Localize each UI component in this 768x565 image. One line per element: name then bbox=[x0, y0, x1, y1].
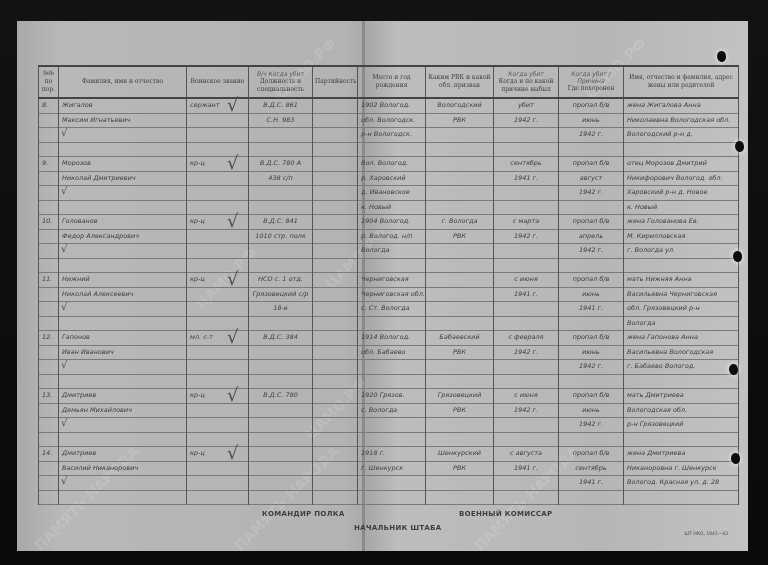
handwritten-text: В.Д.С. 384 bbox=[249, 331, 312, 346]
handwritten-text bbox=[559, 375, 623, 390]
handwritten-text bbox=[187, 418, 248, 433]
handwritten-text bbox=[426, 418, 493, 433]
row-number-text bbox=[39, 375, 58, 390]
handwritten-text: Вол. Вологод. bbox=[358, 157, 425, 172]
handwritten-text bbox=[358, 143, 425, 158]
handwritten-text: 1918 г. bbox=[358, 447, 425, 462]
handwritten-text bbox=[249, 143, 312, 158]
handwritten-text: с августа bbox=[494, 447, 558, 462]
checkmark-icon: √ bbox=[61, 187, 67, 197]
handwritten-text bbox=[59, 418, 186, 433]
handwritten-text: пропал б/в bbox=[559, 215, 623, 230]
handwritten-text bbox=[187, 114, 248, 129]
table-row: 9.МорозовНиколай Дмитриевич√кр-ц√В.Д.С. … bbox=[39, 157, 739, 215]
handwritten-text bbox=[187, 259, 248, 274]
row-number-text bbox=[39, 244, 58, 259]
handwritten-text bbox=[249, 476, 312, 491]
party-cell bbox=[313, 331, 358, 389]
handwritten-text bbox=[187, 128, 248, 143]
handwritten-text bbox=[426, 186, 493, 201]
row-number-text bbox=[39, 128, 58, 143]
handwritten-text: Вологод. Красная ул. д. 28 bbox=[624, 476, 738, 491]
handwritten-text: 1902 Вологод. bbox=[358, 99, 425, 114]
handwritten-text bbox=[358, 418, 425, 433]
handwritten-text bbox=[313, 244, 357, 259]
handwritten-text bbox=[59, 317, 186, 332]
handwritten-text bbox=[358, 433, 425, 448]
rvk-cell: ШенкурскийРВК bbox=[426, 447, 494, 505]
handwritten-text: НСО с. 1 отд. bbox=[249, 273, 312, 288]
checkmark-icon: √ bbox=[61, 129, 67, 139]
row-number-text bbox=[39, 201, 58, 216]
handwritten-text bbox=[187, 201, 248, 216]
handwritten-text bbox=[494, 244, 558, 259]
header-family-address: Имя, отчество и фамилия, адрес жены или … bbox=[624, 66, 739, 98]
handwritten-text: Грязовецкий bbox=[426, 389, 493, 404]
handwritten-text: сержант bbox=[187, 99, 248, 114]
handwritten-text: Дмитриев bbox=[59, 447, 186, 462]
handwritten-text bbox=[559, 201, 623, 216]
family-address-cell: мать Нижняя АннаВасильевна Черниговскаяо… bbox=[624, 273, 739, 331]
handwritten-text: 1941 г. bbox=[559, 302, 623, 317]
dropout-date-cell: с августа1941 г. bbox=[494, 447, 559, 505]
handwritten-text: Федор Александрович bbox=[59, 230, 186, 245]
handwritten-text bbox=[426, 157, 493, 172]
handwritten-text bbox=[559, 317, 623, 332]
handwritten-text bbox=[313, 201, 357, 216]
handwritten-text: пропал б/в bbox=[559, 157, 623, 172]
handwritten-text bbox=[624, 143, 738, 158]
handwritten-text bbox=[313, 433, 357, 448]
handwritten-text: Харовский р-н д. Новое bbox=[624, 186, 738, 201]
handwritten-text: 1010 стр. полк bbox=[249, 230, 312, 245]
handwritten-text bbox=[249, 201, 312, 216]
dropout-date-cell: сентябрь1941 г. bbox=[494, 157, 559, 215]
checkmark-icon: √ bbox=[61, 303, 67, 313]
handwritten-text: 1941 г. bbox=[494, 288, 558, 303]
handwritten-text bbox=[559, 143, 623, 158]
regiment-commander-label: КОМАНДИР ПОЛКА bbox=[262, 510, 345, 518]
handwritten-text bbox=[624, 433, 738, 448]
handwritten-text: В.Д.С. 861 bbox=[249, 99, 312, 114]
chief-of-staff-label: НАЧАЛЬНИК ШТАБА bbox=[354, 524, 441, 532]
handwritten-text: сентябрь bbox=[559, 462, 623, 477]
dropout-date-cell: убит1942 г. bbox=[494, 98, 559, 157]
handwritten-text: РВК bbox=[426, 346, 493, 361]
handwritten-text bbox=[249, 128, 312, 143]
handwritten-text bbox=[313, 389, 357, 404]
handwritten-text: р. Харовский bbox=[358, 172, 425, 187]
handwritten-text: обл. Бабаево bbox=[358, 346, 425, 361]
handwritten-text: обл. Грязовецкий р-н bbox=[624, 302, 738, 317]
handwritten-text: с марта bbox=[494, 215, 558, 230]
rvk-cell: ГрязовецкийРВК bbox=[426, 389, 494, 447]
handwritten-text: кр-ц bbox=[187, 157, 248, 172]
handwritten-text: В.Д.С. 841 bbox=[249, 215, 312, 230]
handwritten-text: к. Новый bbox=[358, 201, 425, 216]
handwritten-text bbox=[313, 418, 357, 433]
handwritten-text bbox=[426, 375, 493, 390]
handwritten-text bbox=[624, 259, 738, 274]
buried-cell: пропал б/виюнь1942 г. bbox=[559, 331, 624, 389]
dropout-date-cell: с марта1942 г. bbox=[494, 215, 559, 273]
handwritten-text bbox=[249, 404, 312, 419]
handwritten-text bbox=[187, 375, 248, 390]
row-number-text: 10. bbox=[39, 215, 58, 230]
handwritten-text: РВК bbox=[426, 114, 493, 129]
row-number-text bbox=[39, 317, 58, 332]
rank-cell: мл. с-т√ bbox=[187, 331, 249, 389]
handwritten-text bbox=[59, 128, 186, 143]
handwritten-text: Николаевна Вологодская обл. bbox=[624, 114, 738, 129]
handwritten-text: кр-ц bbox=[187, 273, 248, 288]
row-number-text bbox=[39, 462, 58, 477]
handwritten-text bbox=[59, 302, 186, 317]
row-number-text bbox=[39, 259, 58, 274]
handwritten-text: 1942 г. bbox=[559, 418, 623, 433]
handwritten-text: апрель bbox=[559, 230, 623, 245]
handwritten-text: сентябрь bbox=[494, 157, 558, 172]
handwritten-text: р-н Вологодск. bbox=[358, 128, 425, 143]
handwritten-text bbox=[313, 404, 357, 419]
handwritten-text: Васильевна Черниговская bbox=[624, 288, 738, 303]
handwritten-text: 1942 г. bbox=[559, 360, 623, 375]
handwritten-text bbox=[426, 491, 493, 506]
handwritten-text bbox=[313, 346, 357, 361]
handwritten-text bbox=[494, 259, 558, 274]
handwritten-text bbox=[313, 360, 357, 375]
family-address-cell: отец Морозов ДмитрийНикифорович Вологод.… bbox=[624, 157, 739, 215]
handwritten-text bbox=[313, 186, 357, 201]
handwritten-text: жена Дмитриева bbox=[624, 447, 738, 462]
table-row: 13.ДмитриевДемьян Михайлович√кр-ц√В.Д.С.… bbox=[39, 389, 739, 447]
rank-cell: кр-ц√ bbox=[187, 157, 249, 215]
handwritten-text bbox=[494, 201, 558, 216]
handwritten-text: жена Голованова Ев. bbox=[624, 215, 738, 230]
handwritten-text bbox=[358, 360, 425, 375]
position-cell: В.Д.С. 780 bbox=[249, 389, 313, 447]
handwritten-text bbox=[313, 273, 357, 288]
handwritten-text bbox=[426, 172, 493, 187]
checkmark-icon: √ bbox=[227, 445, 238, 463]
handwritten-text: 1942 г. bbox=[559, 186, 623, 201]
handwritten-text: РВК bbox=[426, 230, 493, 245]
row-number-text bbox=[39, 114, 58, 129]
row-number-text bbox=[39, 172, 58, 187]
row-number-text bbox=[39, 418, 58, 433]
checkmark-icon: √ bbox=[227, 213, 238, 231]
full-name-cell: ЖигаловМаксим Игнатьевич√ bbox=[59, 98, 187, 157]
row-number: 13. bbox=[39, 389, 59, 447]
header-buried: Когда убит / ПричинаГде похоронен bbox=[559, 66, 624, 98]
birthplace-cell: 1920 Грязов.с. Вологда bbox=[358, 389, 426, 447]
handwritten-text bbox=[494, 143, 558, 158]
handwritten-text: Иван Иванович bbox=[59, 346, 186, 361]
handwritten-text bbox=[313, 491, 357, 506]
checkmark-icon: √ bbox=[61, 361, 67, 371]
handwritten-text bbox=[426, 244, 493, 259]
handwritten-text bbox=[358, 259, 425, 274]
rvk-cell: БабаевскийРВК bbox=[426, 331, 494, 389]
handwritten-text bbox=[313, 331, 357, 346]
handwritten-text bbox=[494, 491, 558, 506]
handwritten-text bbox=[59, 259, 186, 274]
handwritten-text bbox=[59, 375, 186, 390]
handwritten-text: С.Н. 983 bbox=[249, 114, 312, 129]
row-number-text: 12. bbox=[39, 331, 58, 346]
row-number: 14. bbox=[39, 447, 59, 505]
handwritten-text: Вологодский р-н д. bbox=[624, 128, 738, 143]
position-cell: В.Д.С. 8411010 стр. полк bbox=[249, 215, 313, 273]
handwritten-text bbox=[313, 143, 357, 158]
handwritten-text: июнь bbox=[559, 114, 623, 129]
handwritten-text: Жигалов bbox=[59, 99, 186, 114]
checkmark-icon: √ bbox=[61, 245, 67, 255]
header-full-name: Фамилия, имя и отчество bbox=[59, 66, 187, 98]
handwritten-text bbox=[59, 186, 186, 201]
handwritten-text: с. Ст. Вологда bbox=[358, 302, 425, 317]
handwritten-text: мл. с-т bbox=[187, 331, 248, 346]
row-number-text bbox=[39, 143, 58, 158]
row-number-text: 11. bbox=[39, 273, 58, 288]
handwritten-text: Никаноровна г. Шенкурск bbox=[624, 462, 738, 477]
handwritten-text: В.Д.С. 780 bbox=[249, 389, 312, 404]
handwritten-text bbox=[358, 317, 425, 332]
rank-cell: кр-ц√ bbox=[187, 447, 249, 505]
handwritten-text bbox=[187, 143, 248, 158]
handwritten-text: кр-ц bbox=[187, 447, 248, 462]
header-position: В/ч Когда убитДолжность и специальность bbox=[249, 66, 313, 98]
handwritten-text bbox=[358, 375, 425, 390]
birthplace-cell: Вол. Вологод.р. Харовскийд. Ивановскоек.… bbox=[358, 157, 426, 215]
row-number-text bbox=[39, 230, 58, 245]
handwritten-text bbox=[187, 244, 248, 259]
handwritten-text bbox=[494, 302, 558, 317]
handwritten-text: Максим Игнатьевич bbox=[59, 114, 186, 129]
row-number: 8. bbox=[39, 98, 59, 157]
handwritten-text bbox=[313, 172, 357, 187]
row-number-text bbox=[39, 404, 58, 419]
handwritten-text: г. Шенкурск bbox=[358, 462, 425, 477]
punch-hole bbox=[735, 141, 744, 152]
position-cell bbox=[249, 447, 313, 505]
handwritten-text: с. Вологда bbox=[358, 404, 425, 419]
handwritten-text bbox=[187, 186, 248, 201]
handwritten-text bbox=[313, 230, 357, 245]
handwritten-text bbox=[426, 476, 493, 491]
handwritten-text: Демьян Михайлович bbox=[59, 404, 186, 419]
handwritten-text bbox=[187, 360, 248, 375]
handwritten-text bbox=[426, 288, 493, 303]
handwritten-text bbox=[313, 447, 357, 462]
punch-hole bbox=[717, 51, 726, 62]
handwritten-text bbox=[249, 346, 312, 361]
handwritten-text bbox=[426, 360, 493, 375]
handwritten-text bbox=[494, 476, 558, 491]
handwritten-text: Шенкурский bbox=[426, 447, 493, 462]
handwritten-text: 1942 г. bbox=[494, 230, 558, 245]
handwritten-text bbox=[313, 476, 357, 491]
handwritten-text: Вологда bbox=[358, 244, 425, 259]
row-number-text bbox=[39, 360, 58, 375]
handwritten-text bbox=[426, 201, 493, 216]
handwritten-text bbox=[426, 128, 493, 143]
handwritten-text bbox=[187, 288, 248, 303]
handwritten-text: 1920 Грязов. bbox=[358, 389, 425, 404]
handwritten-text bbox=[59, 433, 186, 448]
handwritten-text: обл. Вологодск. bbox=[358, 114, 425, 129]
row-number-text bbox=[39, 491, 58, 506]
handwritten-text: М. Кирилловская bbox=[624, 230, 738, 245]
family-address-cell: мать ДмитриеваВологодская обл.р-н Грязов… bbox=[624, 389, 739, 447]
full-name-cell: ГоловановФедор Александрович√ bbox=[59, 215, 187, 273]
handwritten-text bbox=[494, 317, 558, 332]
handwritten-text: 1942 г. bbox=[559, 244, 623, 259]
handwritten-text bbox=[426, 143, 493, 158]
handwritten-text bbox=[187, 433, 248, 448]
family-address-cell: жена Гапонова АннаВасильевна Вологодская… bbox=[624, 331, 739, 389]
full-name-cell: ГапоновИван Иванович√ bbox=[59, 331, 187, 389]
punch-hole bbox=[733, 251, 742, 262]
handwritten-text bbox=[249, 491, 312, 506]
row-number-text: 13. bbox=[39, 389, 58, 404]
handwritten-text bbox=[559, 491, 623, 506]
handwritten-text: 1942 г. bbox=[494, 346, 558, 361]
handwritten-text: август bbox=[559, 172, 623, 187]
full-name-cell: ДмитриевВасилий Никанорович√ bbox=[59, 447, 187, 505]
handwritten-text bbox=[187, 230, 248, 245]
handwritten-text: 1942 г. bbox=[494, 114, 558, 129]
handwritten-text: убит bbox=[494, 99, 558, 114]
buried-cell: пропал б/виюнь1941 г. bbox=[559, 273, 624, 331]
punch-hole bbox=[729, 364, 738, 375]
row-number-text: 14. bbox=[39, 447, 58, 462]
header-rvk: Каким РВК и какой обл. призван bbox=[426, 66, 494, 98]
party-cell bbox=[313, 447, 358, 505]
handwritten-text bbox=[559, 259, 623, 274]
handwritten-text bbox=[313, 215, 357, 230]
party-cell bbox=[313, 215, 358, 273]
handwritten-text bbox=[426, 302, 493, 317]
handwritten-text: р-н Грязовецкий bbox=[624, 418, 738, 433]
family-address-cell: жена Голованова Ев.М. Кирилловскаяг. Вол… bbox=[624, 215, 739, 273]
handwritten-text bbox=[187, 476, 248, 491]
header-rank: Воинское звание bbox=[187, 66, 249, 98]
handwritten-text: г. Вологда bbox=[426, 215, 493, 230]
full-name-cell: НижнийНиколай Алексеевич√ bbox=[59, 273, 187, 331]
handwritten-text: мать Нижняя Анна bbox=[624, 273, 738, 288]
rank-cell: кр-ц√ bbox=[187, 215, 249, 273]
handwritten-text bbox=[59, 491, 186, 506]
handwritten-text bbox=[249, 244, 312, 259]
form-code: ШТ НКО, 1941—43 bbox=[684, 532, 728, 537]
dropout-date-cell: с июня1941 г. bbox=[494, 273, 559, 331]
handwritten-text bbox=[313, 317, 357, 332]
handwritten-text: Николай Алексеевич bbox=[59, 288, 186, 303]
handwritten-text bbox=[59, 360, 186, 375]
handwritten-text bbox=[426, 317, 493, 332]
header-birthplace: Место и год рождения bbox=[358, 66, 426, 98]
handwritten-text: г. Вологда ул. bbox=[624, 244, 738, 259]
handwritten-text: РВК bbox=[426, 462, 493, 477]
handwritten-text bbox=[494, 360, 558, 375]
handwritten-text: Черниговская обл. bbox=[358, 288, 425, 303]
checkmark-icon: √ bbox=[227, 155, 238, 173]
handwritten-text: Гапонов bbox=[59, 331, 186, 346]
handwritten-text bbox=[313, 157, 357, 172]
handwritten-text: Вологда bbox=[624, 317, 738, 332]
full-name-cell: МорозовНиколай Дмитриевич√ bbox=[59, 157, 187, 215]
rvk-cell: ВологодскийРВК bbox=[426, 98, 494, 157]
handwritten-text bbox=[249, 317, 312, 332]
handwritten-text: Вологодский bbox=[426, 99, 493, 114]
full-name-cell: ДмитриевДемьян Михайлович√ bbox=[59, 389, 187, 447]
handwritten-text bbox=[59, 143, 186, 158]
handwritten-text bbox=[187, 317, 248, 332]
row-number-text bbox=[39, 433, 58, 448]
handwritten-text: р. Вологод. н/п bbox=[358, 230, 425, 245]
handwritten-text bbox=[249, 433, 312, 448]
handwritten-text: отец Морозов Дмитрий bbox=[624, 157, 738, 172]
handwritten-text bbox=[624, 491, 738, 506]
handwritten-text: Вологодская обл. bbox=[624, 404, 738, 419]
buried-cell: пропал б/вавгуст1942 г. bbox=[559, 157, 624, 215]
handwritten-text: Василий Никанорович bbox=[59, 462, 186, 477]
handwritten-text bbox=[426, 433, 493, 448]
buried-cell: пропал б/виюнь1942 г. bbox=[559, 389, 624, 447]
rvk-cell bbox=[426, 157, 494, 215]
handwritten-text bbox=[358, 476, 425, 491]
handwritten-text: Никифорович Вологод. обл. bbox=[624, 172, 738, 187]
handwritten-text: Дмитриев bbox=[59, 389, 186, 404]
dropout-date-cell: с февраля1942 г. bbox=[494, 331, 559, 389]
handwritten-text bbox=[494, 375, 558, 390]
handwritten-text: кр-ц bbox=[187, 389, 248, 404]
row-number-text: 8. bbox=[39, 99, 58, 114]
handwritten-text: жена Жигалова Анна bbox=[624, 99, 738, 114]
handwritten-text: пропал б/в bbox=[559, 273, 623, 288]
handwritten-text bbox=[313, 99, 357, 114]
handwritten-text bbox=[426, 273, 493, 288]
handwritten-text bbox=[249, 447, 312, 462]
row-number-text: 9. bbox=[39, 157, 58, 172]
family-address-cell: жена Жигалова АннаНиколаевна Вологодская… bbox=[624, 98, 739, 157]
table-row: 8.ЖигаловМаксим Игнатьевич√сержант√В.Д.С… bbox=[39, 98, 739, 157]
handwritten-text bbox=[494, 433, 558, 448]
handwritten-text bbox=[494, 418, 558, 433]
handwritten-text: пропал б/в bbox=[559, 331, 623, 346]
handwritten-text bbox=[249, 360, 312, 375]
row-number: 10. bbox=[39, 215, 59, 273]
handwritten-text bbox=[313, 288, 357, 303]
handwritten-text: Нижний bbox=[59, 273, 186, 288]
handwritten-text: июнь bbox=[559, 404, 623, 419]
handwritten-text bbox=[187, 172, 248, 187]
handwritten-text: пропал б/в bbox=[559, 99, 623, 114]
row-number-text bbox=[39, 302, 58, 317]
birthplace-cell: 1918 г.г. Шенкурск bbox=[358, 447, 426, 505]
handwritten-text bbox=[249, 418, 312, 433]
handwritten-text: Васильевна Вологодская bbox=[624, 346, 738, 361]
row-number-text bbox=[39, 186, 58, 201]
birthplace-cell: 1902 Вологод.обл. Вологодск.р-н Вологодс… bbox=[358, 98, 426, 157]
handwritten-text: жена Гапонова Анна bbox=[624, 331, 738, 346]
buried-cell: пропал б/виюнь1942 г. bbox=[559, 98, 624, 157]
checkmark-icon: √ bbox=[227, 97, 238, 115]
handwritten-text: 438 с/п bbox=[249, 172, 312, 187]
position-cell: НСО с. 1 отд.Грязовецкий с/р18-е bbox=[249, 273, 313, 331]
party-cell bbox=[313, 273, 358, 331]
